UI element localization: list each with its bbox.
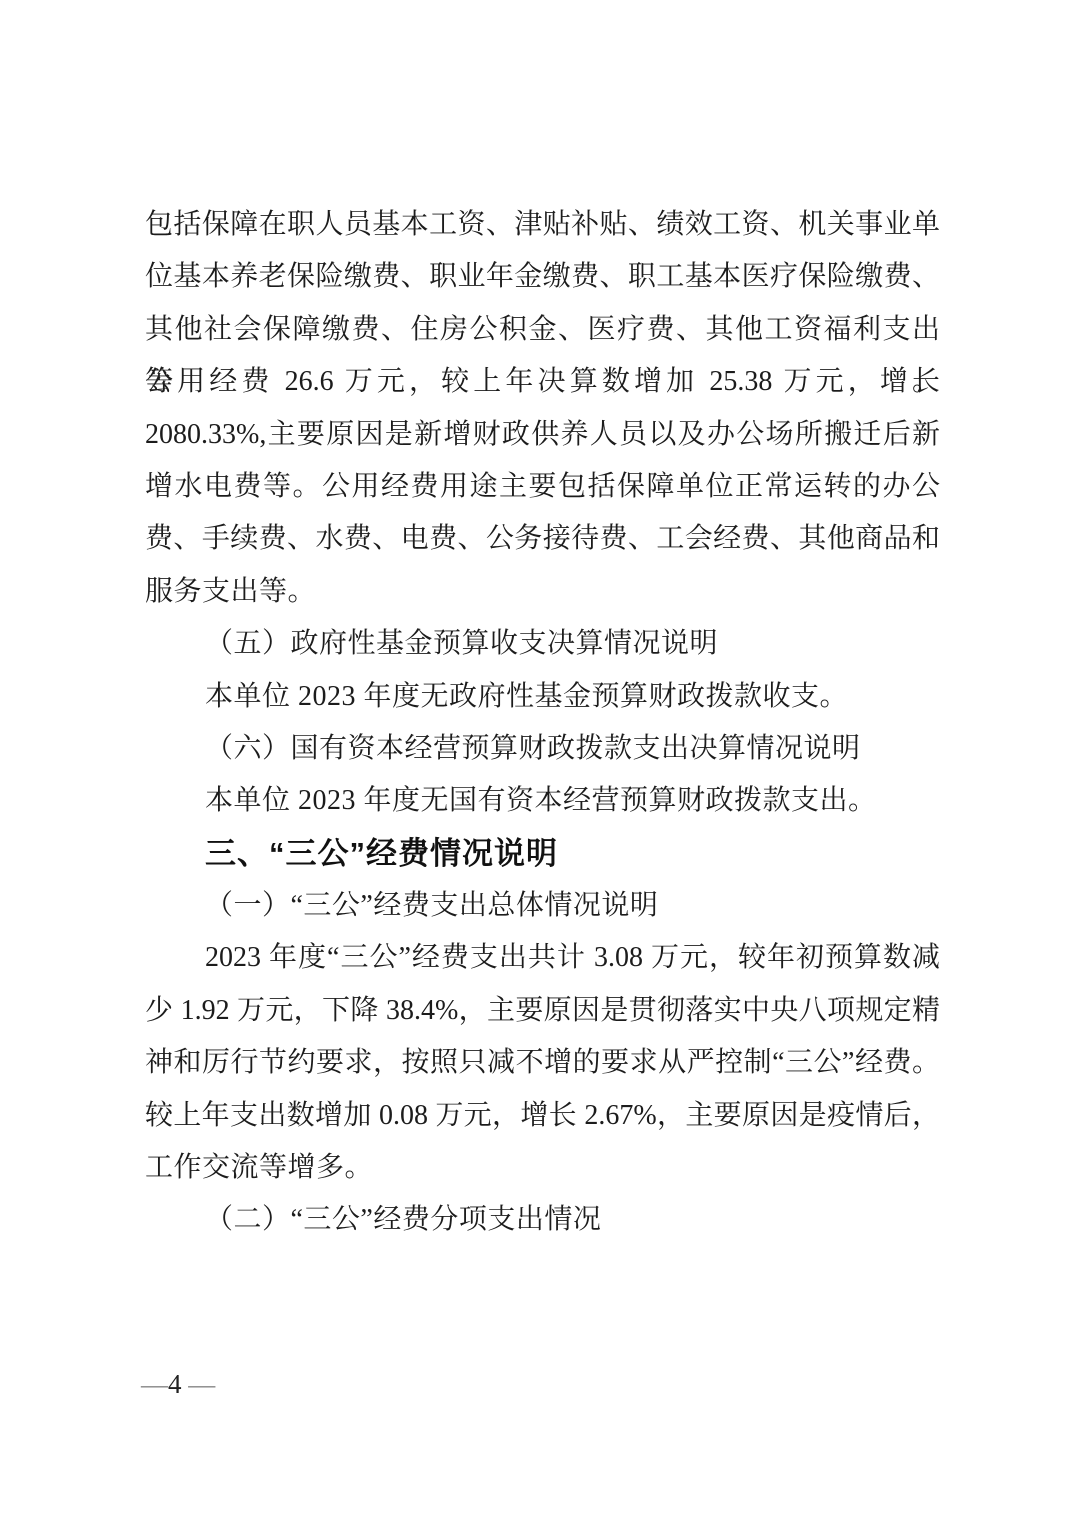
text-line: 费、手续费、水费、电费、公务接待费、工会经费、其他商品和 (145, 513, 940, 565)
document-page: 包括保障在职人员基本工资、津贴补贴、绩效工资、机关事业单位基本养老保险缴费、职业… (0, 0, 1075, 1520)
text-line: 本单位 2023 年度无政府性基金预算财政拨款收支。 (145, 671, 940, 723)
text-line: 工作交流等增多。 (145, 1142, 940, 1194)
text-line: 较上年支出数增加 0.08 万元，增长 2.67%，主要原因是疫情后， (145, 1090, 940, 1142)
text-line: 增水电费等。公用经费用途主要包括保障单位正常运转的办公 (145, 461, 940, 513)
text-line: （二）“三公”经费分项支出情况 (145, 1194, 940, 1246)
text-line: 位基本养老保险缴费、职业年金缴费、职工基本医疗保险缴费、 (145, 251, 940, 303)
footer-left-dash: — (141, 1369, 168, 1399)
page-footer: —4 — (141, 1368, 215, 1400)
text-line: 服务支出等。 (145, 566, 940, 618)
text-line: 包括保障在职人员基本工资、津贴补贴、绩效工资、机关事业单 (145, 199, 940, 251)
text-line: （六）国有资本经营预算财政拨款支出决算情况说明 (145, 723, 940, 775)
text-line: 本单位 2023 年度无国有资本经营预算财政拨款支出。 (145, 775, 940, 827)
document-lines: 包括保障在职人员基本工资、津贴补贴、绩效工资、机关事业单位基本养老保险缴费、职业… (145, 199, 940, 1247)
text-line: （五）政府性基金预算收支决算情况说明 (145, 618, 940, 670)
text-line: 2080.33%,主要原因是新增财政供养人员以及办公场所搬迁后新 (145, 409, 940, 461)
text-line: 少 1.92 万元，下降 38.4%，主要原因是贯彻落实中央八项规定精 (145, 985, 940, 1037)
text-line: （一）“三公”经费支出总体情况说明 (145, 880, 940, 932)
text-line: 神和厉行节约要求，按照只减不增的要求从严控制“三公”经费。 (145, 1037, 940, 1089)
heading-line: 三、“三公”经费情况说明 (145, 828, 940, 880)
footer-right-dash: — (182, 1369, 216, 1399)
page-number: 4 (168, 1369, 182, 1399)
text-line: 其他社会保障缴费、住房公积金、医疗费、其他工资福利支出等。 (145, 304, 940, 356)
text-line: 公用经费 26.6 万元，较上年决算数增加 25.38 万元，增长 (145, 356, 940, 408)
text-line: 2023 年度“三公”经费支出共计 3.08 万元，较年初预算数减 (145, 932, 940, 984)
